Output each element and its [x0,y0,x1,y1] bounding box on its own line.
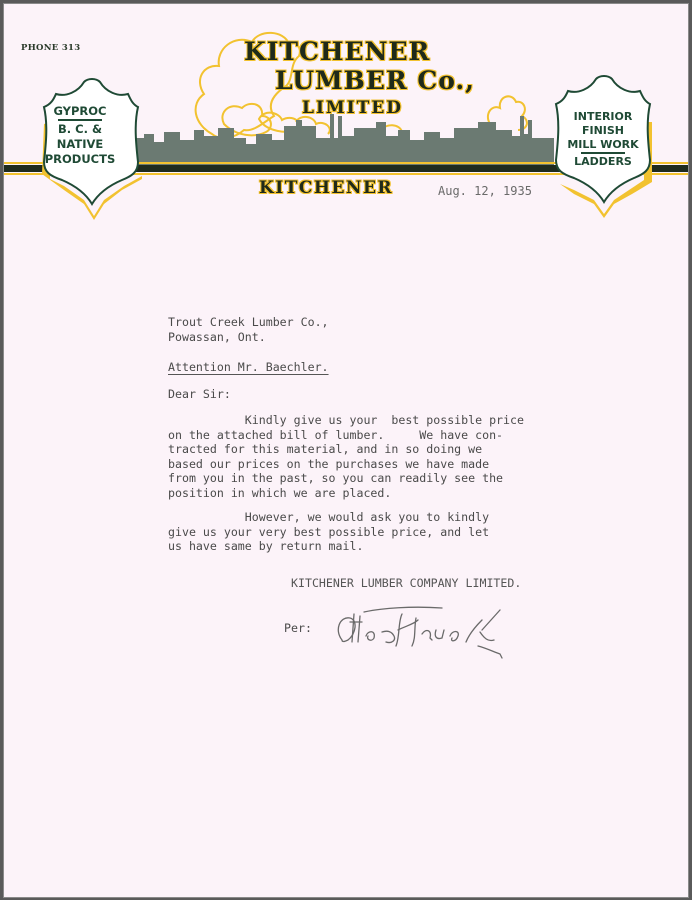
left-badge-line: PRODUCTS [34,152,126,167]
letter-date: Aug. 12, 1935 [438,184,532,199]
letter-page: PHONE 313 KITCHENER LUMBER Co., LIMITED … [3,3,689,898]
left-badge-line: B. C. & [34,122,126,137]
left-badge-divider [58,119,102,121]
closing-company: KITCHENER LUMBER COMPANY LIMITED. [291,576,521,591]
company-name-line1: KITCHENER [244,37,430,66]
right-badge-line: INTERIOR [557,110,649,124]
recipient-address: Trout Creek Lumber Co., Powassan, Ont. [168,315,329,344]
salutation: Dear Sir: [168,387,231,402]
company-name-line3: LIMITED [302,98,403,118]
body-paragraph-1: Kindly give us your best possible price … [168,413,524,501]
right-badge-line: FINISH [557,124,649,138]
phone-number: PHONE 313 [21,43,80,53]
attention-line: Attention Mr. Baechler. [168,360,329,375]
signature-icon [332,602,532,662]
left-badge-top: GYPROC [34,104,126,119]
right-badge-divider [581,152,625,154]
right-badge-line: MILL WORK [557,138,649,152]
left-badge-text: GYPROC B. C. & NATIVE PRODUCTS [34,104,126,167]
company-city: KITCHENER [259,178,393,198]
per-label: Per: [284,621,312,636]
right-badge-text: INTERIOR FINISH MILL WORK LADDERS [557,110,649,169]
left-badge-line: NATIVE [34,137,126,152]
company-name-line2: LUMBER Co., [275,66,475,95]
right-badge-bottom: LADDERS [557,155,649,169]
body-paragraph-2: However, we would ask you to kindly give… [168,510,489,554]
